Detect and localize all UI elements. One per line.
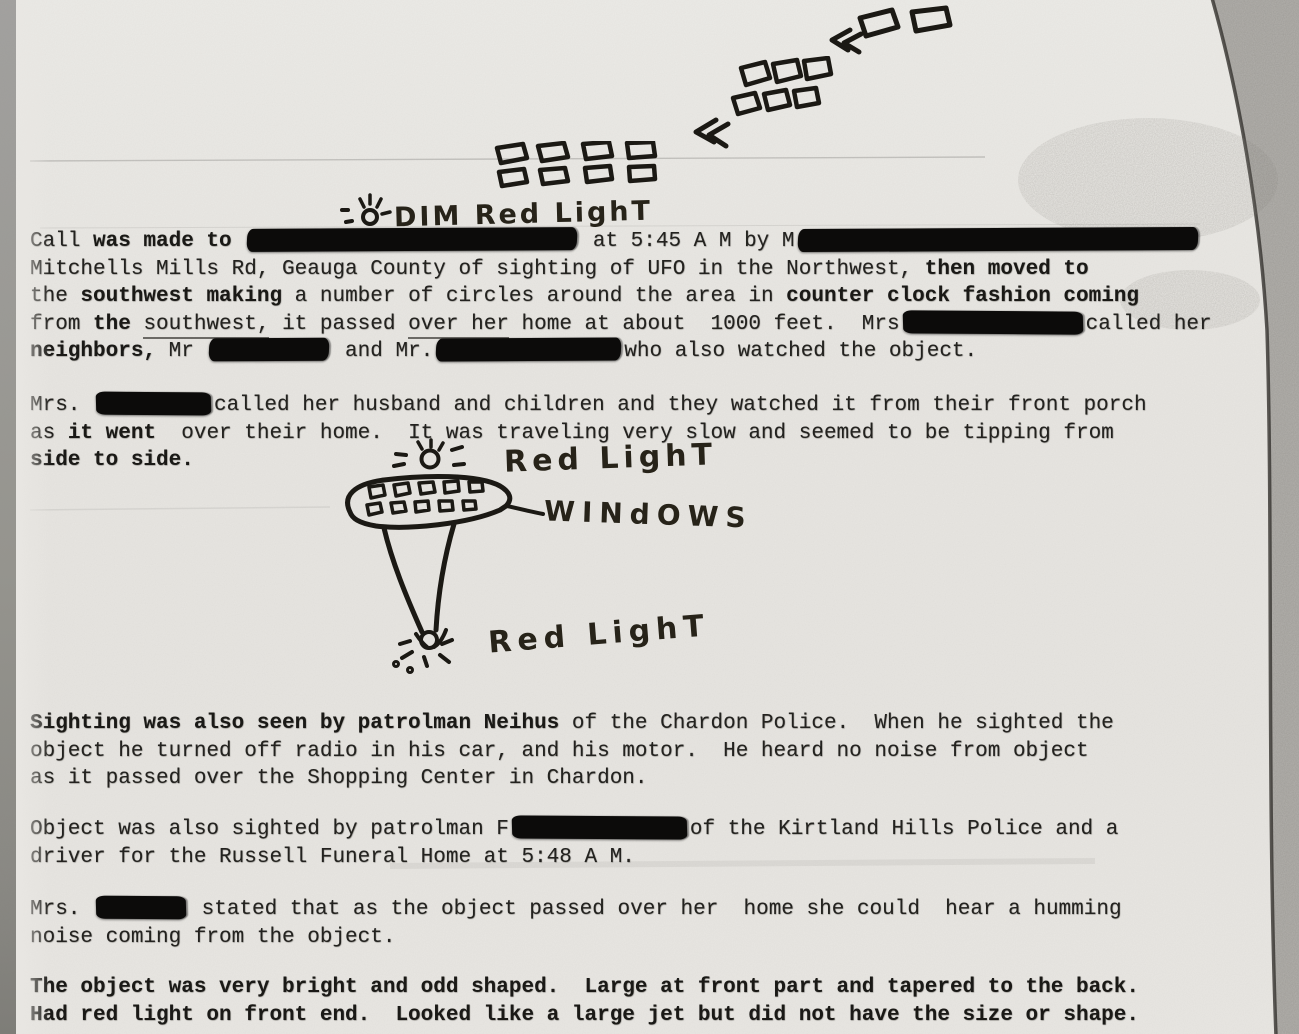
text-line: Mitchells Mills Rd, Geauga County of sig… xyxy=(30,256,1212,284)
text-segment: it passed xyxy=(269,313,408,336)
dim-red-light-symbol xyxy=(336,190,398,236)
text-segment: it went xyxy=(68,422,156,445)
paragraph-call-report: Call was made to at 5:45 A M by MMitchel… xyxy=(30,228,1212,366)
text-line: Sighting was also seen by patrolman Neih… xyxy=(30,710,1114,738)
text-line: Mrs. called her husband and children and… xyxy=(30,392,1147,420)
redaction-bar xyxy=(96,896,187,920)
text-line: Mrs. stated that as the object passed ov… xyxy=(30,896,1122,924)
text-segment: was made to xyxy=(93,230,244,253)
paragraph-object-description: The object was very bright and odd shape… xyxy=(30,974,1139,1029)
text-line: neighbors, Mr and Mr.who also watched th… xyxy=(30,338,1212,366)
text-line: noise coming from the object. xyxy=(30,924,1122,952)
text-segment: counter clock fashion coming xyxy=(786,285,1139,308)
text-line: Object was also sighted by patrolman Fof… xyxy=(30,816,1118,844)
text-segment: object he turned off radio in his car, a… xyxy=(30,740,1089,763)
text-segment: Mrs. xyxy=(30,394,93,417)
ufo-windows-sketch-six-squares xyxy=(683,56,835,152)
text-segment: as xyxy=(30,422,68,445)
text-segment: from xyxy=(30,313,93,336)
paragraph-chardon-police: Sighting was also seen by patrolman Neih… xyxy=(30,710,1114,793)
text-segment: called her xyxy=(1086,313,1212,336)
text-segment: as it passed over the Shopping Center in… xyxy=(30,767,648,790)
text-segment: the xyxy=(93,313,131,336)
ufo-windows-sketch-eight-squares xyxy=(488,141,664,195)
window-squares xyxy=(367,481,483,515)
text-line: object he turned off radio in his car, a… xyxy=(30,738,1114,766)
ufo-windows-sketch-top-right xyxy=(818,2,963,58)
text-segment: driver for the Russell Funeral Home at 5… xyxy=(30,846,635,869)
text-line: the southwest making a number of circles… xyxy=(30,283,1212,311)
paragraph-humming-noise: Mrs. stated that as the object passed ov… xyxy=(30,896,1122,951)
text-segment: who also watched the object. xyxy=(624,340,977,363)
text-line: from the southwest, it passed over her h… xyxy=(30,311,1212,339)
red-light-top-label: Red LighT xyxy=(503,437,717,479)
text-line: Call was made to at 5:45 A M by M xyxy=(30,228,1212,256)
text-segment: neighbors, xyxy=(30,340,156,363)
windows-pointer-line xyxy=(507,506,543,514)
text-segment: and Mr. xyxy=(332,340,433,363)
text-segment: Sighting was also seen by patrolman Neih… xyxy=(30,712,559,735)
text-segment: the xyxy=(30,285,80,308)
redaction-bar xyxy=(512,815,688,839)
text-line: The object was very bright and odd shape… xyxy=(30,974,1139,1002)
text-segment: Mr xyxy=(156,340,206,363)
text-segment: a number of circles around the area in xyxy=(282,285,786,308)
text-segment: of the Kirtland Hills Police and a xyxy=(690,818,1118,841)
text-segment: of the Chardon Police. When he sighted t… xyxy=(559,712,1114,735)
text-segment: then moved to xyxy=(925,258,1089,281)
redaction-bar xyxy=(209,338,330,362)
text-segment: Had red light on front end. Looked like … xyxy=(30,1004,1139,1027)
text-line: as it passed over the Shopping Center in… xyxy=(30,765,1114,793)
text-line: driver for the Russell Funeral Home at 5… xyxy=(30,844,1118,872)
text-segment: Object was also sighted by patrolman F xyxy=(30,818,509,841)
text-segment: noise coming from the object. xyxy=(30,926,395,949)
redaction-bar xyxy=(902,310,1083,334)
redaction-bar xyxy=(96,392,212,416)
redaction-bar xyxy=(436,338,622,362)
red-light-bottom-symbol xyxy=(394,630,453,673)
text-segment: called her husband and children and they… xyxy=(214,394,1147,417)
text-segment: over her xyxy=(408,313,509,339)
text-segment: stated that as the object passed over he… xyxy=(189,898,1122,921)
text-segment: home at about 1000 feet. Mrs xyxy=(509,313,900,336)
text-segment xyxy=(131,313,144,336)
text-line: Had red light on front end. Looked like … xyxy=(30,1002,1139,1030)
text-segment: Mrs. xyxy=(30,898,93,921)
text-segment: southwest, xyxy=(143,313,269,339)
redaction-bar xyxy=(797,227,1198,252)
arrow-icon xyxy=(832,30,861,52)
text-segment: Mitchells Mills Rd, Geauga County of sig… xyxy=(30,258,925,281)
text-segment: Call xyxy=(30,230,93,253)
scanned-document-page: DIM Red LighT Red LighT WINdOWS Red Ligh… xyxy=(0,0,1299,1034)
text-segment: southwest making xyxy=(80,285,282,308)
text-segment: side to side. xyxy=(30,449,194,472)
arrow-icon xyxy=(696,120,728,146)
red-light-top-symbol xyxy=(394,440,464,468)
paragraph-kirtland-hills: Object was also sighted by patrolman Fof… xyxy=(30,816,1118,871)
text-segment: at 5:45 A M by M xyxy=(580,230,794,253)
text-segment: The object was very bright and odd shape… xyxy=(30,976,1139,999)
